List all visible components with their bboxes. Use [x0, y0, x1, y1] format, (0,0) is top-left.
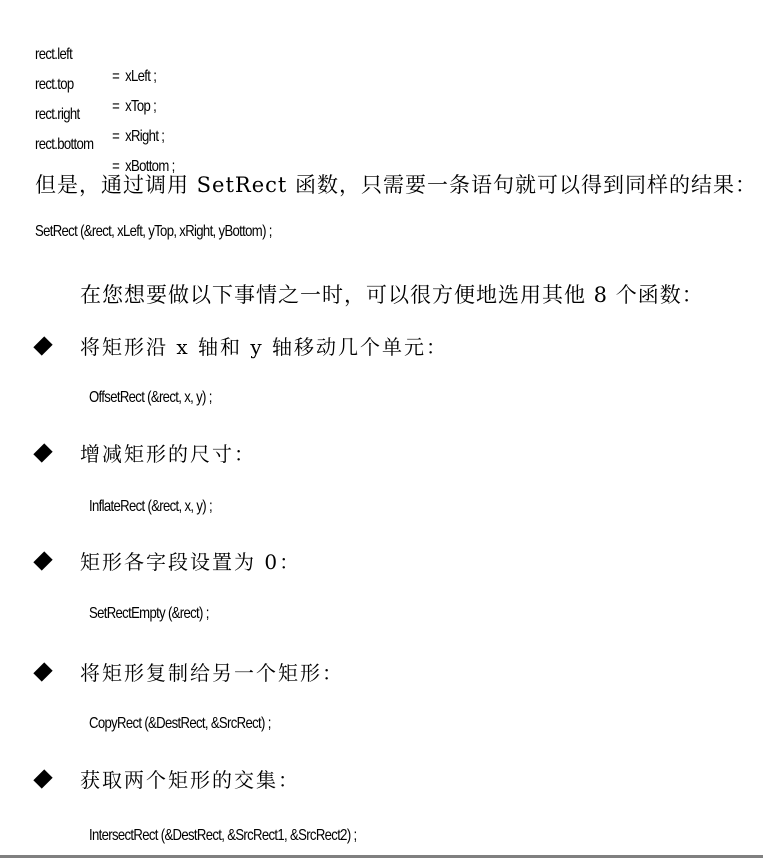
diamond-bullet-icon	[33, 551, 52, 570]
diamond-bullet-icon	[33, 769, 52, 788]
assignment-line: rect.bottom = xBottom ;	[35, 112, 53, 134]
diamond-bullet-icon	[33, 336, 52, 355]
assignment-rhs: = xRight ;	[112, 126, 164, 148]
bullet-text: 增减矩形的尺寸：	[80, 441, 256, 467]
code-offsetrect: OffsetRect (&rect, x, y) ;	[89, 388, 212, 408]
assignment-line: rect.right = xRight ;	[35, 82, 53, 104]
assignment-rhs: = xTop ;	[112, 96, 156, 118]
paragraph-other-functions: 在您想要做以下事情之一时，可以很方便地选用其他 8 个函数：	[80, 282, 704, 308]
code-setrectempty: SetRectEmpty (&rect) ;	[89, 604, 209, 624]
assignment-line: rect.left = xLeft ;	[35, 22, 53, 44]
diamond-bullet-icon	[33, 443, 52, 462]
bullet-text: 获取两个矩形的交集：	[80, 767, 300, 793]
bullet-text: 矩形各字段设置为 0：	[80, 549, 301, 575]
code-inflaterect: InflateRect (&rect, x, y) ;	[89, 497, 212, 517]
bullet-text: 将矩形沿 x 轴和 y 轴移动几个单元：	[80, 334, 448, 360]
assignment-line: rect.top = xTop ;	[35, 52, 53, 74]
assignment-lhs: rect.bottom	[35, 134, 93, 156]
code-copyrect: CopyRect (&DestRect, &SrcRect) ;	[89, 714, 271, 734]
code-intersectrect: IntersectRect (&DestRect, &SrcRect1, &Sr…	[89, 826, 357, 846]
paragraph-setrect-intro: 但是，通过调用 SetRect 函数，只需要一条语句就可以得到同样的结果：	[35, 172, 757, 198]
diamond-bullet-icon	[33, 662, 52, 681]
bullet-text: 将矩形复制给另一个矩形：	[80, 660, 344, 686]
assignment-rhs: = xLeft ;	[112, 66, 156, 88]
code-setrect-call: SetRect (&rect, xLeft, yTop, xRight, yBo…	[35, 222, 272, 242]
